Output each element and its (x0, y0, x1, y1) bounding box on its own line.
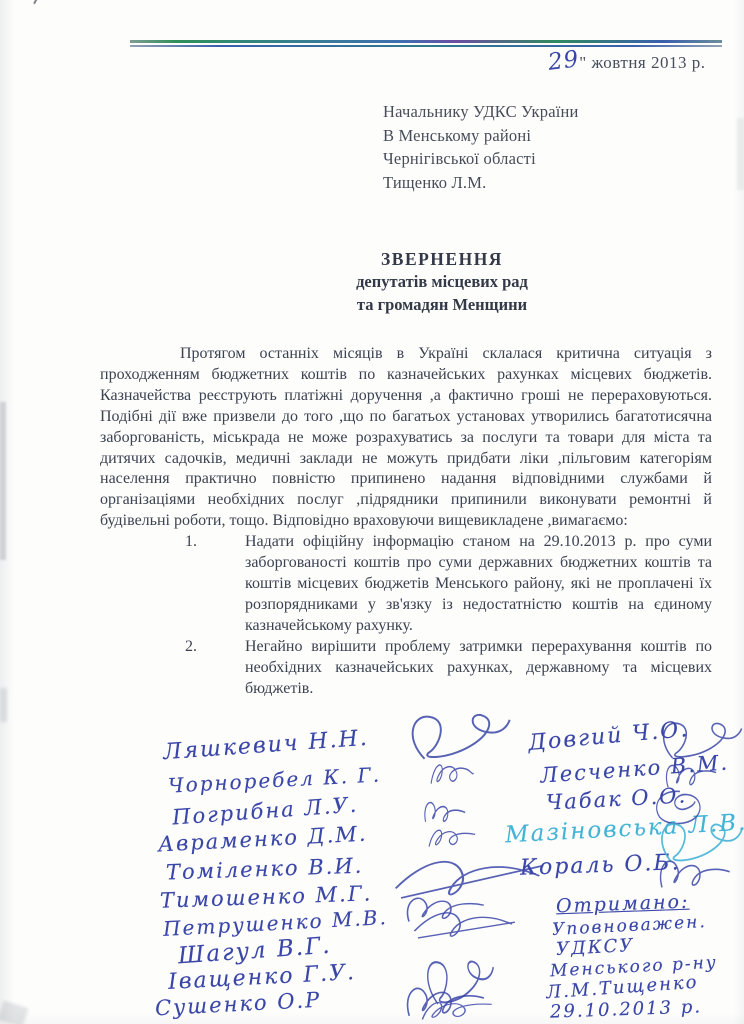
document-title: ЗВЕРНЕННЯ депутатів місцевих рад та гром… (350, 248, 534, 316)
scan-right-edge-shadow (737, 118, 744, 190)
body-paragraph: Протягом останніх місяців в Україні скла… (100, 344, 712, 532)
signature-scribble (411, 899, 518, 948)
recipient-line: В Менському районі (383, 124, 579, 148)
receipt-line: УДКСУ (556, 935, 635, 960)
date-line: 29" жовтня 2013 р. (548, 48, 706, 74)
signature-scribble (427, 756, 478, 794)
signature-name: Ляшкевич Н.Н. (162, 726, 369, 765)
demand-number: 1. (185, 532, 245, 553)
date-text: " жовтня 2013 р. (579, 53, 705, 72)
title-line: ЗВЕРНЕННЯ (350, 248, 534, 271)
letter-body: Протягом останніх місяців в Україні скла… (100, 344, 712, 699)
scan-corner-shadow (0, 1000, 28, 1024)
signature-scribble (417, 993, 497, 1024)
recipient-line: Тищенко Л.М. (383, 171, 579, 195)
demand-item: 1. Надати офіційну інформацію станом на … (100, 532, 712, 637)
scan-edge-shadow (0, 402, 6, 560)
recipient-line: Начальнику УДКС України (383, 100, 579, 124)
letterhead-rule-top (130, 40, 722, 43)
demand-item: 2. Негайно вирішити проблему затримки пе… (100, 637, 712, 700)
scan-corner-mark (33, 0, 49, 10)
title-line: депутатів місцевих рад (350, 271, 534, 294)
letterhead-rule-bottom (130, 45, 722, 47)
scan-edge-blot (0, 688, 7, 722)
demand-number: 2. (185, 637, 245, 658)
handwritten-day: 29 (547, 46, 581, 76)
signature-scribble (650, 842, 740, 897)
demand-text: Надати офіційну інформацію станом на 29.… (245, 532, 712, 637)
letterhead-rule (130, 40, 722, 47)
recipient-line: Чернігівської області (383, 147, 579, 171)
demand-text: Негайно вирішити проблему затримки перер… (245, 637, 712, 700)
recipient-block: Начальнику УДКС України В Менському райо… (383, 100, 579, 194)
title-line: та громадян Менщини (350, 294, 534, 317)
scanned-letter-page: 29" жовтня 2013 р. Начальнику УДКС Украї… (0, 0, 744, 1024)
signature-name: Томіленко В.И. (166, 854, 364, 885)
receipt-date: 29.10.2013 р. (550, 996, 703, 1022)
